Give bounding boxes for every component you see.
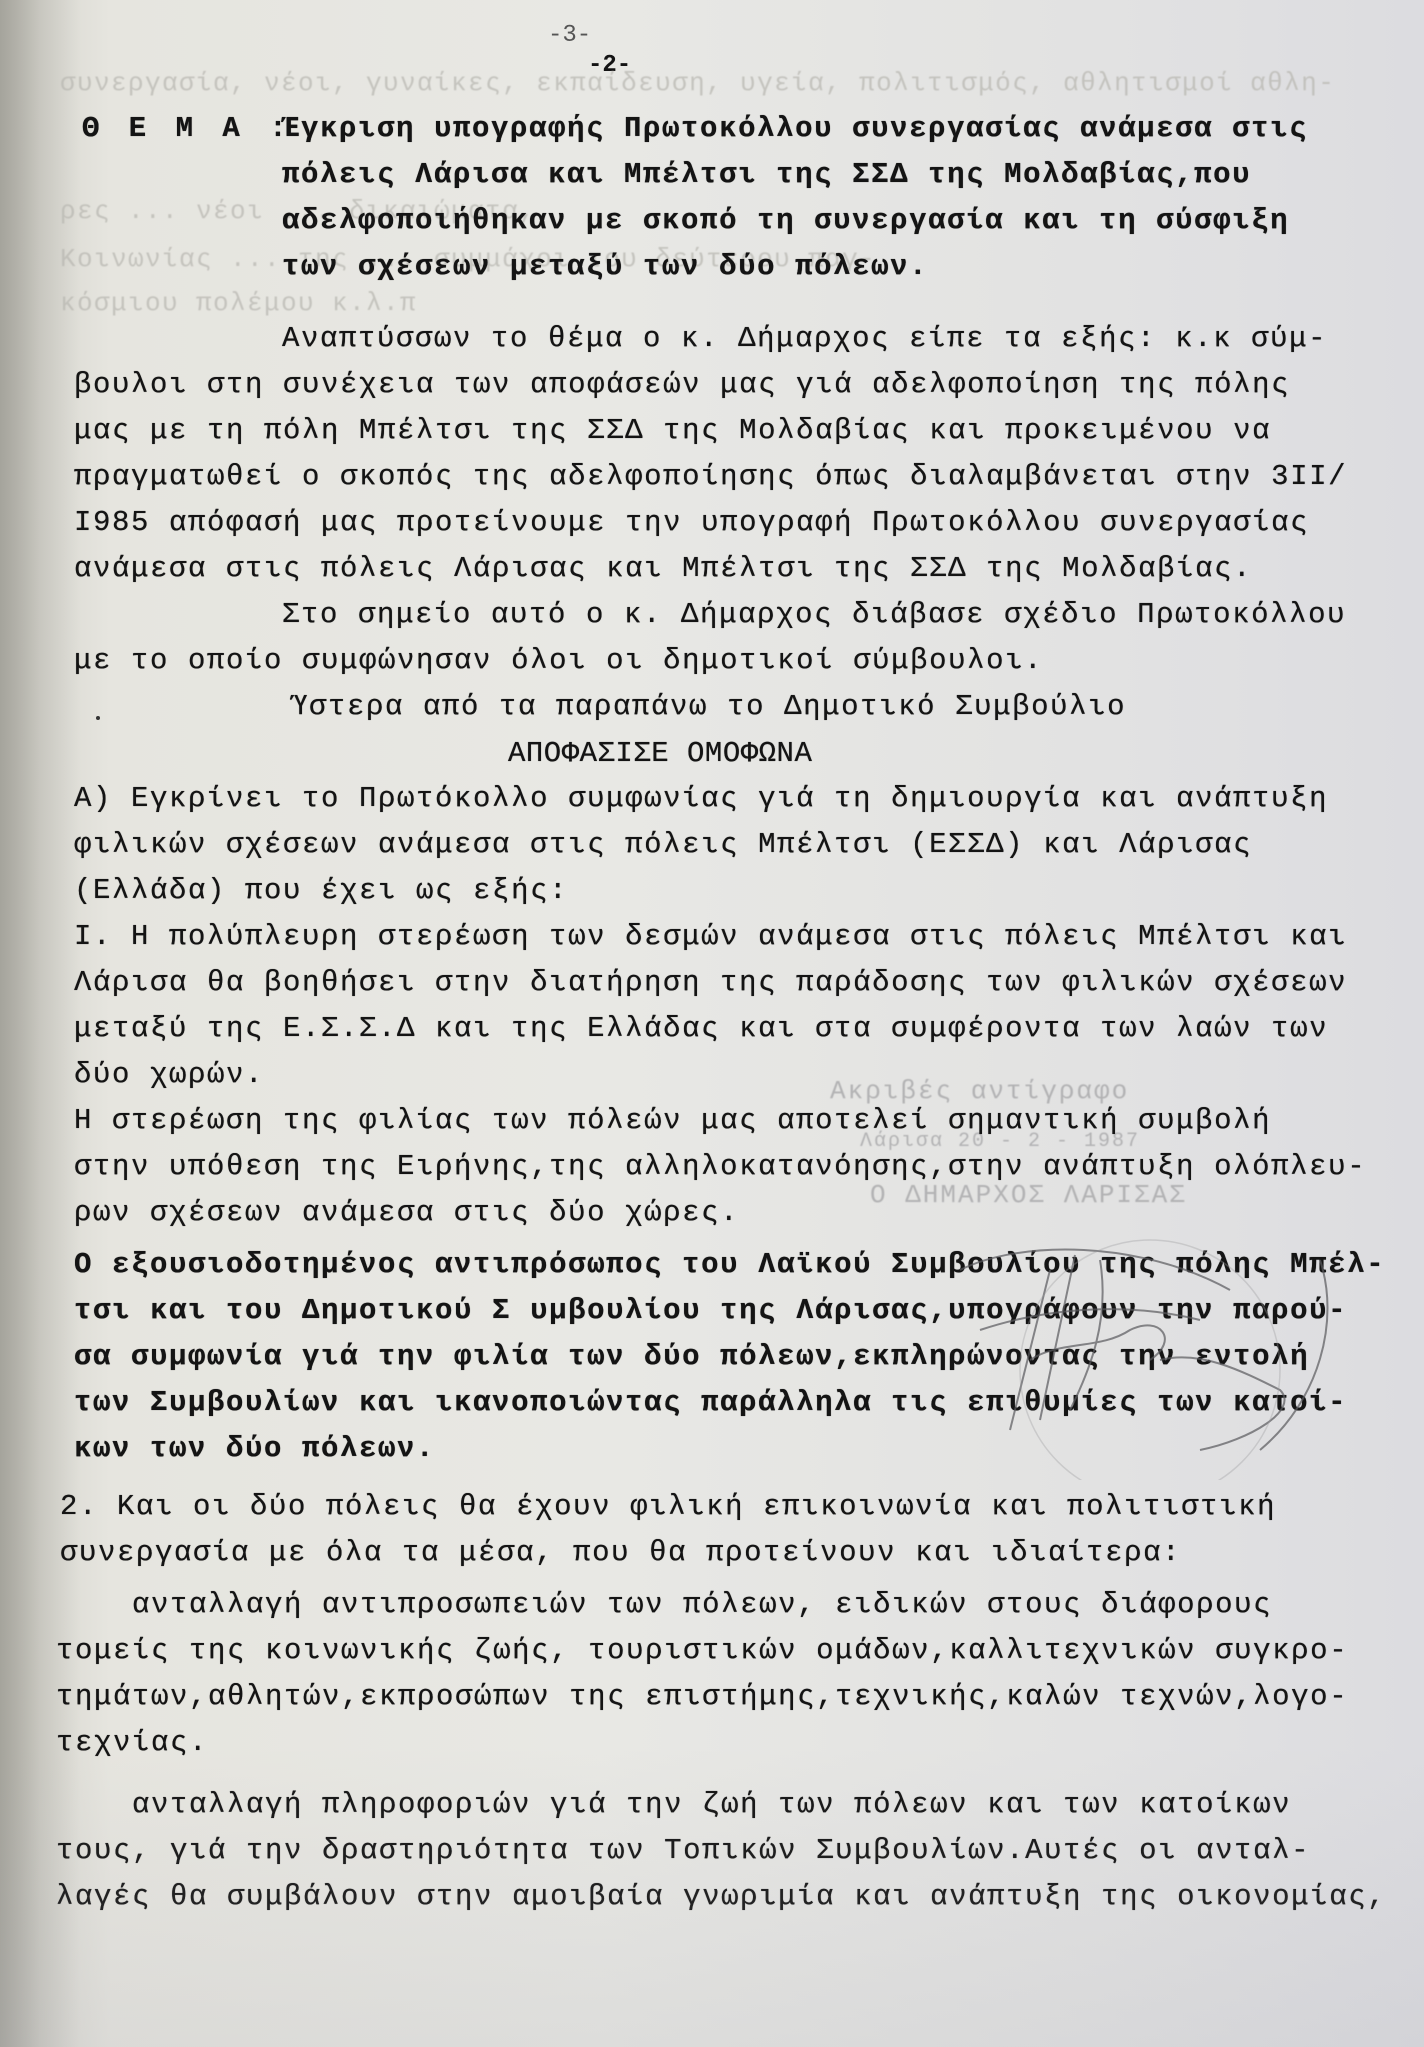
- paragraph-line: Λάρισα θα βοηθήσει στην διατήρηση της πα…: [74, 966, 1347, 1000]
- paragraph-line: τεχνίας.: [56, 1726, 208, 1760]
- paragraph-line: τημάτων,αθλητών,εκπροσώπων της επιστήμης…: [56, 1680, 1348, 1714]
- stamp-certified-copy: Ακριβές αντίγραφο: [830, 1076, 1129, 1106]
- subject-line: των σχέσεων μεταξύ των δύο πόλεων.: [282, 250, 928, 284]
- subject-label: Θ Ε Μ Α :: [82, 112, 293, 146]
- paragraph-line: (Ελλάδα) που έχει ως εξής:: [74, 874, 568, 908]
- paragraph-line: 2. Και οι δύο πόλεις θα έχουν φιλική επι…: [60, 1490, 1276, 1524]
- decision-heading: ΑΠΟΦΑΣΙΣΕ ΟΜΟΦΩΝΑ: [508, 737, 812, 771]
- paragraph-line: στην υπόθεση της Ειρήνης,της αλληλοκαταν…: [74, 1150, 1366, 1184]
- paragraph-line: ανταλλαγή αντιπροσωπειών των πόλεων, ειδ…: [132, 1588, 1272, 1622]
- ink-speck: [96, 716, 100, 720]
- paragraph-line: Η στερέωση της φιλίας των πόλεών μας απο…: [74, 1104, 1271, 1138]
- paragraph-line: τομείς της κοινωνικής ζωής, τουριστικών …: [56, 1634, 1348, 1668]
- bleed-through-line: συνεργασία, νέοι, γυναίκες, εκπαίδευση, …: [60, 68, 1335, 98]
- paragraph-line: μεταξύ της Ε.Σ.Σ.Δ και της Ελλάδας και σ…: [74, 1012, 1328, 1046]
- paragraph-line: Ύστερα από τα παραπάνω το Δημοτικό Συμβο…: [290, 690, 1126, 724]
- paragraph-line: βουλοι στη συνέχεια των αποφάσεών μας γι…: [74, 368, 1290, 402]
- paragraph-line: Ι985 απόφασή μας προτείνουμε την υπογραφ…: [74, 506, 1309, 540]
- paragraph-line: κων των δύο πόλεων.: [74, 1432, 435, 1466]
- bleed-through-line: κόσμιου πολέμου κ.λ.π: [60, 288, 417, 318]
- paragraph-line: φιλικών σχέσεων ανάμεσα στις πόλεις Μπέλ…: [74, 828, 1252, 862]
- paragraph-line: πραγματωθεί ο σκοπός της αδελφοποίησης ό…: [74, 460, 1347, 494]
- paragraph-line: ανταλλαγή πληροφοριών γιά την ζωή των πό…: [132, 1788, 1291, 1822]
- paragraph-line: τους, γιά την δραστηριότητα των Τοπικών …: [56, 1834, 1310, 1868]
- subject-line: πόλεις Λάρισα και Μπέλτσι της ΣΣΔ της Μο…: [282, 158, 1251, 192]
- paragraph-line: λαγές θα συμβάλουν στην αμοιβαία γνωριμί…: [56, 1880, 1386, 1914]
- paragraph-line: Στο σημείο αυτό ο κ. Δήμαρχος διάβασε σχ…: [282, 598, 1346, 632]
- paragraph-line: συνεργασία με όλα τα μέσα, που θα προτεί…: [60, 1536, 1181, 1570]
- subject-line: αδελφοποιήθηκαν με σκοπό τη συνεργασία κ…: [282, 204, 1289, 238]
- paragraph-line: ανάμεσα στις πόλεις Λάρισας και Μπέλτσι …: [74, 552, 1252, 586]
- signature-scribble: [900, 1200, 1360, 1480]
- paragraph-line: με το οποίο συμφώνησαν όλοι οι δημοτικοί…: [74, 644, 1043, 678]
- page-number-outer: -3-: [548, 22, 591, 49]
- subject-line: Έγκριση υπογραφής Πρωτοκόλλου συνεργασία…: [282, 112, 1308, 146]
- paragraph-line: Α) Εγκρίνει το Πρωτόκολλο συμφωνίας γιά …: [74, 782, 1328, 816]
- paragraph-line: Αναπτύσσων το θέμα ο κ. Δήμαρχος είπε τα…: [282, 322, 1327, 356]
- paragraph-line: δύο χωρών.: [74, 1058, 264, 1092]
- paragraph-line: ρων σχέσεων ανάμεσα στις δύο χώρες.: [74, 1196, 739, 1230]
- paragraph-line: Ι. Η πολύπλευρη στερέωση των δεσμών ανάμ…: [74, 920, 1347, 954]
- paragraph-line: μας με τη πόλη Μπέλτσι της ΣΣΔ της Μολδα…: [74, 414, 1271, 448]
